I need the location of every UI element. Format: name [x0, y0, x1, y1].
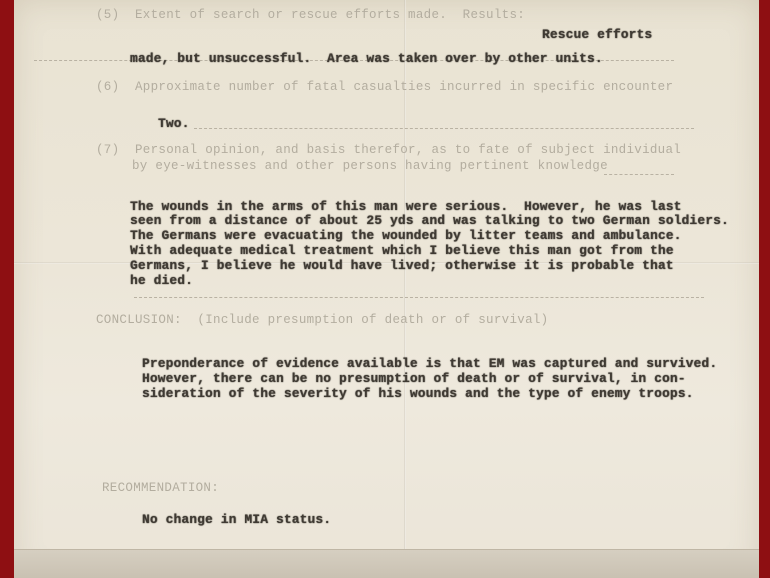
item7-answer-line: The wounds in the arms of this man were … [130, 199, 682, 214]
item6-label: (6) Approximate number of fatal casualti… [96, 80, 673, 94]
item7-answer-line: With adequate medical treatment which I … [130, 243, 674, 258]
item5-label: (5) Extent of search or rescue efforts m… [96, 8, 525, 22]
item7-answer-line: he died. [130, 273, 193, 288]
paper-bottom-fold [14, 549, 759, 578]
recommendation-answer: No change in MIA status. [142, 512, 331, 527]
rule-line [604, 174, 674, 175]
conclusion-answer-line: However, there can be no presumption of … [142, 371, 686, 386]
conclusion-label: CONCLUSION: (Include presumption of deat… [96, 313, 548, 327]
item7-answer-line: The Germans were evacuating the wounded … [130, 228, 682, 243]
item5-answer-line2: made, but unsuccessful. Area was taken o… [130, 51, 603, 66]
conclusion-answer-line: Preponderance of evidence available is t… [142, 356, 717, 371]
item7-answer-line: Germans, I believe he would have lived; … [130, 258, 674, 273]
recommendation-label: RECOMMENDATION: [102, 481, 219, 495]
rule-line [194, 128, 694, 129]
item7-answer-line: seen from a distance of about 25 yds and… [130, 213, 729, 228]
item5-answer-line1: Rescue efforts [542, 27, 652, 42]
rule-line [134, 297, 704, 298]
item7-label-line1: (7) Personal opinion, and basis therefor… [96, 143, 681, 157]
item7-label-line2: by eye-witnesses and other persons havin… [132, 159, 608, 173]
item6-answer: Two. [158, 116, 190, 131]
document-page: (5) Extent of search or rescue efforts m… [14, 0, 759, 578]
conclusion-answer-line: sideration of the severity of his wounds… [142, 386, 694, 401]
